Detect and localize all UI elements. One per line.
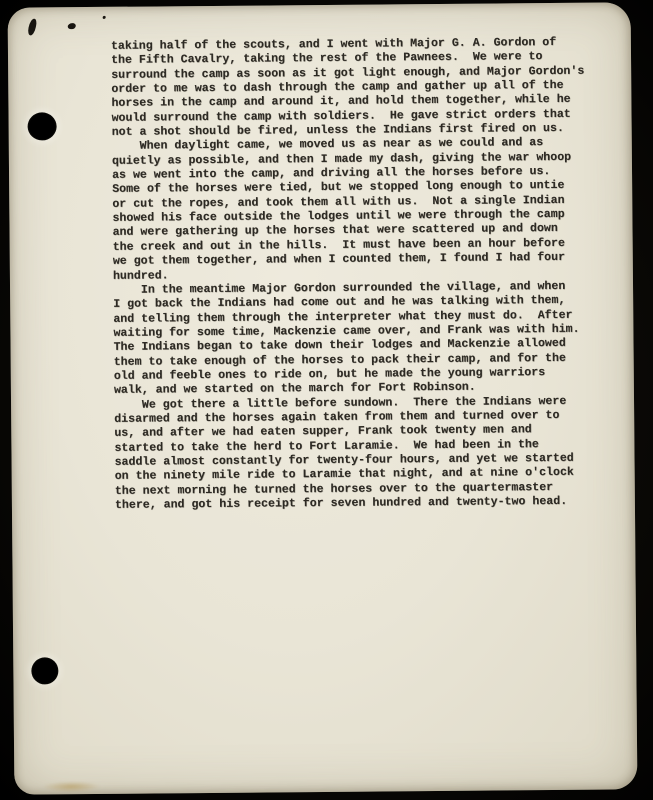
ink-speck	[68, 23, 76, 29]
paper-sheet: taking half of the scouts, and I went wi…	[8, 2, 638, 794]
punch-hole-bottom	[31, 657, 58, 684]
scanned-page-background: taking half of the scouts, and I went wi…	[0, 0, 653, 800]
punch-hole-top	[27, 112, 56, 140]
typewritten-text: taking half of the scouts, and I went wi…	[111, 36, 588, 513]
ink-speck	[103, 16, 106, 19]
ink-speck	[27, 18, 37, 36]
paper-stain	[42, 781, 100, 793]
